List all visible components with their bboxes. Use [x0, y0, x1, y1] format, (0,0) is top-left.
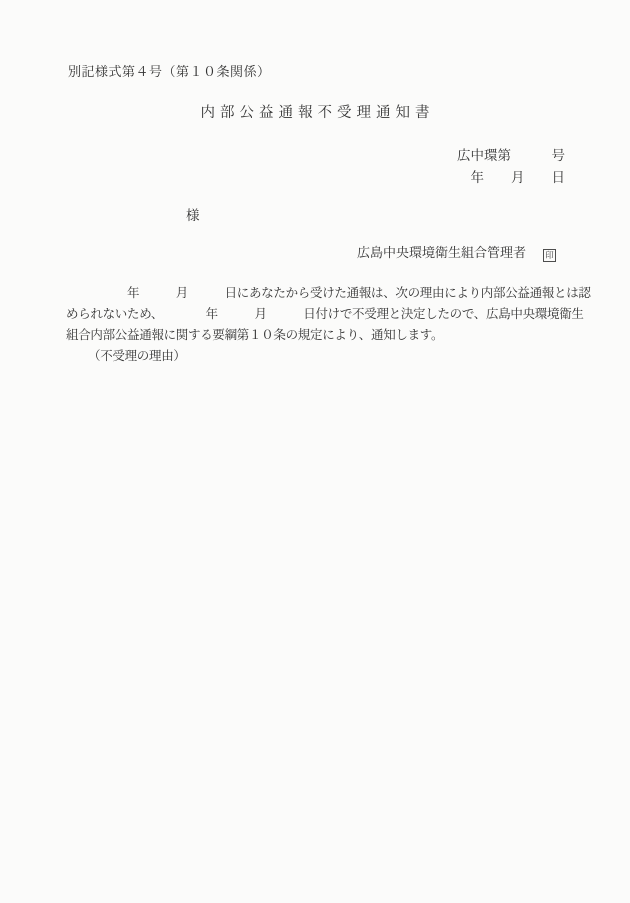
rejection-reason-label: （不受理の理由）	[66, 346, 591, 367]
seal-placeholder-icon: 印	[543, 249, 556, 262]
body-line: 年 月 日にあなたから受けた通報は、次の理由により内部公益通報とは認	[66, 283, 591, 304]
body-line: 組合内部公益通報に関する要綱第１０条の規定により、通知します。	[66, 325, 591, 346]
document-number-line: 広中環第 号	[457, 144, 565, 164]
addressee-honorific: 様	[186, 204, 200, 224]
document-page: 別記様式第４号（第１０条関係） 内部公益通報不受理通知書 広中環第 号 年 月 …	[0, 0, 630, 903]
body-line: められないため、 年 月 日付けで不受理と決定したので、広島中央環境衛生	[66, 304, 591, 325]
issuer-line: 広島中央環境衛生組合管理者印	[357, 242, 556, 262]
document-title: 内部公益通報不受理通知書	[0, 101, 630, 122]
issuer-name: 広島中央環境衛生組合管理者	[357, 245, 526, 260]
form-style-label: 別記様式第４号（第１０条関係）	[68, 61, 271, 80]
issue-date-line: 年 月 日	[471, 166, 566, 186]
notice-body: 年 月 日にあなたから受けた通報は、次の理由により内部公益通報とは認 められない…	[66, 283, 591, 367]
